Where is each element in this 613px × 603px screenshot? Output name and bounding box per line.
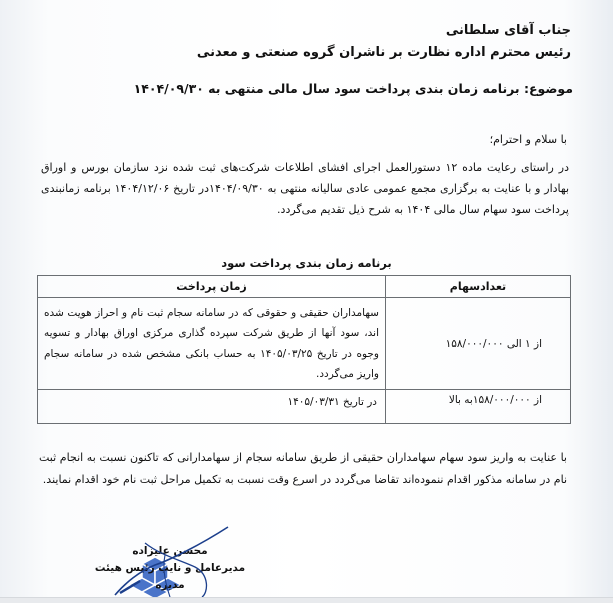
cell-shares: از ۱ الی ۱۵۸/۰۰۰/۰۰۰ [386, 298, 571, 390]
bottom-edge [0, 597, 613, 603]
cell-payment-time: در تاریخ ۱۴۰۵/۰۳/۳۱ [38, 390, 386, 424]
addressee-name: جناب آقای سلطانی [151, 20, 571, 42]
addressee-title: رئیس محترم اداره نظارت بر ناشران گروه صن… [151, 42, 571, 64]
table-row: از ۱ الی ۱۵۸/۰۰۰/۰۰۰ سهامداران حقیقی و ح… [38, 298, 571, 390]
handwritten-signature-icon [100, 525, 250, 597]
table-header-row: تعدادسهام زمان پرداخت [38, 276, 571, 298]
subject-line: موضوع: برنامه زمان بندی پرداخت سود سال م… [13, 80, 573, 98]
letter-page: جناب آقای سلطانی رئیس محترم اداره نظارت … [0, 0, 613, 597]
cell-shares: از ۱۵۸/۰۰۰/۰۰۰به بالا [386, 390, 571, 424]
greeting: با سلام و احترام؛ [267, 132, 567, 148]
payment-schedule-table: تعدادسهام زمان پرداخت از ۱ الی ۱۵۸/۰۰۰/۰… [37, 275, 571, 424]
table-row: از ۱۵۸/۰۰۰/۰۰۰به بالا در تاریخ ۱۴۰۵/۰۳/۳… [38, 390, 571, 424]
closing-paragraph: با عنایت به واریز سود سهام سهامداران حقی… [39, 447, 567, 491]
header-shares: تعدادسهام [386, 276, 571, 298]
cell-payment-time: سهامداران حقیقی و حقوقی که در سامانه سجا… [38, 298, 386, 390]
table-title: برنامه زمان بندی پرداخت سود [0, 255, 613, 271]
header-payment-time: زمان پرداخت [38, 276, 386, 298]
addressee-block: جناب آقای سلطانی رئیس محترم اداره نظارت … [151, 20, 571, 64]
body-paragraph: در راستای رعایت ماده ۱۲ دستورالعمل اجرای… [41, 157, 569, 220]
